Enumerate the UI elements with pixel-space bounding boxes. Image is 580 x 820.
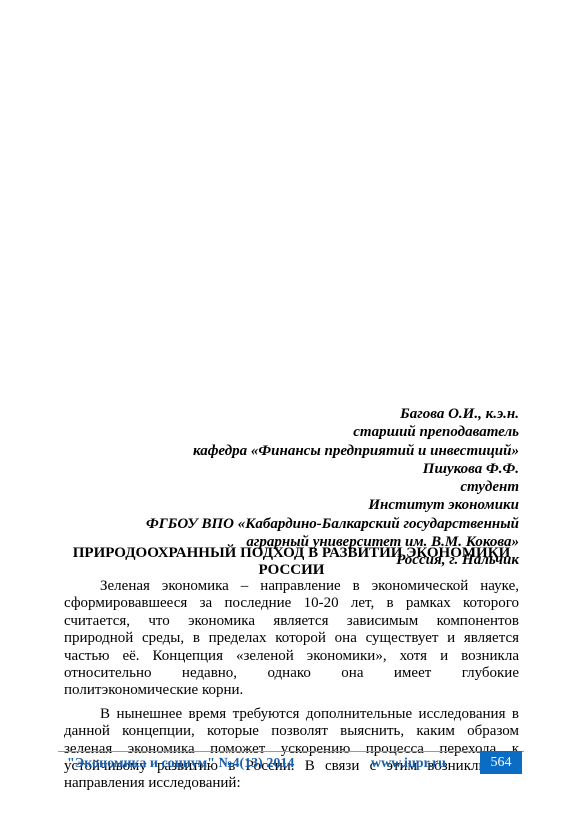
university-line-1: ФГБОУ ВПО «Кабардино-Балкарский государс…	[64, 515, 519, 533]
footer-website-link[interactable]: www.iupr.ru	[371, 756, 446, 772]
author-position-1: старший преподаватель	[64, 423, 519, 441]
author-name-1: Багова О.И., к.э.н.	[64, 405, 519, 423]
article-title: ПРИРОДООХРАННЫЙ ПОДХОД В РАЗВИТИИ ЭКОНОМ…	[64, 545, 519, 579]
author-name-2: Пшукова Ф.Ф.	[64, 460, 519, 478]
institute: Институт экономики	[64, 496, 519, 514]
document-page: Багова О.И., к.э.н. старший преподавател…	[0, 0, 580, 820]
footer-journal-title: "Экономика и социум" №4(13) 2014	[67, 756, 294, 772]
page-number-badge: 564	[480, 751, 522, 774]
author-position-2: студент	[64, 478, 519, 496]
paragraph-2: В нынешнее время требуются дополнительны…	[64, 706, 519, 793]
paragraph-1: Зеленая экономика – направление в эконом…	[64, 578, 519, 700]
author-department-1: кафедра «Финансы предприятий и инвестици…	[64, 442, 519, 460]
footer-divider	[58, 751, 524, 752]
